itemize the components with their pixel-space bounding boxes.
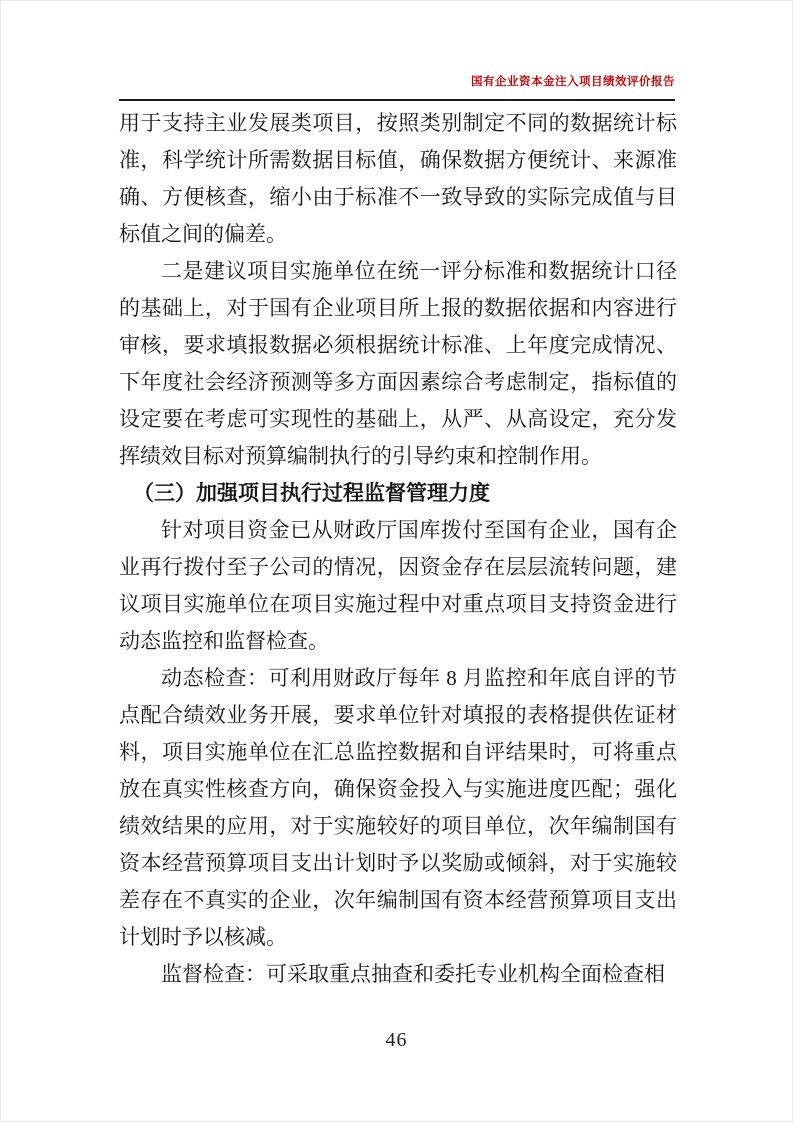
- paragraph: 监督检查：可采取重点抽查和委托专业机构全面检查相: [119, 956, 677, 993]
- document-page: 国有企业资本金注入项目绩效评价报告 用于支持主业发展类项目，按照类别制定不同的数…: [0, 0, 793, 1122]
- page-number: 46: [386, 1029, 408, 1051]
- document-body: 用于支持主业发展类项目，按照类别制定不同的数据统计标准，科学统计所需数据目标值，…: [119, 105, 677, 993]
- paragraph: 针对项目资金已从财政厅国库拨付至国有企业，国有企业再行拨付至子公司的情况，因资金…: [119, 512, 677, 660]
- paragraph: 用于支持主业发展类项目，按照类别制定不同的数据统计标准，科学统计所需数据目标值，…: [119, 105, 677, 253]
- section-heading: （三）加强项目执行过程监督管理力度: [119, 475, 677, 512]
- page-header: 国有企业资本金注入项目绩效评价报告: [119, 75, 675, 101]
- paragraph: 二是建议项目实施单位在统一评分标准和数据统计口径的基础上，对于国有企业项目所上报…: [119, 253, 677, 475]
- header-title: 国有企业资本金注入项目绩效评价报告: [471, 76, 675, 88]
- paragraph: 动态检查：可利用财政厅每年 8 月监控和年底自评的节点配合绩效业务开展，要求单位…: [119, 660, 677, 956]
- page-footer: 46: [1, 1029, 792, 1052]
